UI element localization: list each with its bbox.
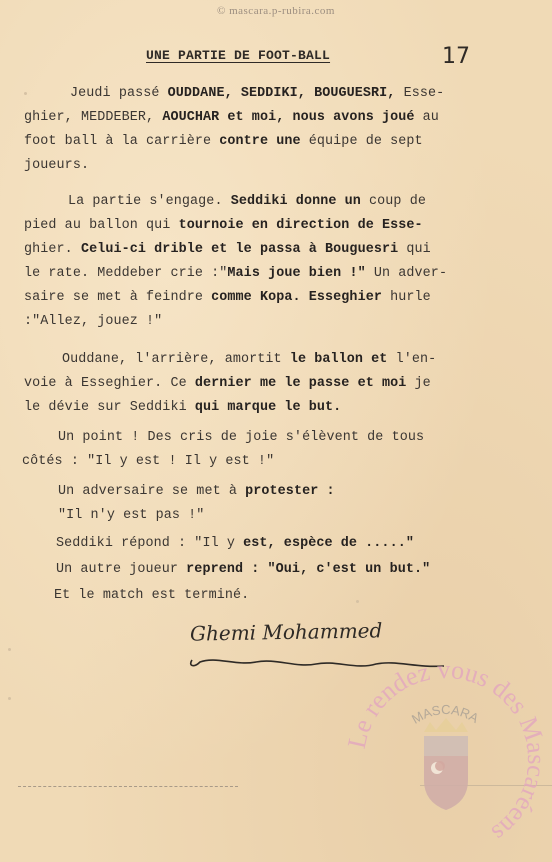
text-segment: Celui-ci drible et le passa à Bouguesri [81, 242, 398, 257]
text-segment: Jeudi passé [70, 86, 168, 101]
text-segment: est, espèce de ....." [243, 536, 414, 551]
text-line: ghier. Celui-ci drible et le passa à Bou… [24, 242, 431, 257]
text-line: côtés : "Il y est ! Il y est !" [22, 454, 274, 469]
text-line: Ouddane, l'arrière, amortit le ballon et… [62, 352, 436, 367]
text-line: voie à Esseghier. Ce dernier me le passe… [24, 376, 431, 391]
mascara-stamp-icon: Le rendez vous des Mascaréens MASCARA [340, 660, 552, 860]
text-segment: coup de [361, 194, 426, 209]
text-segment: qui marque le but. [195, 400, 341, 415]
text-segment: Un autre joueur [56, 562, 186, 577]
text-segment: Esse- [395, 86, 444, 101]
text-segment: le ballon et [290, 352, 388, 367]
text-segment: l'en- [387, 352, 436, 367]
margin-mark [356, 600, 359, 603]
text-segment: je [406, 376, 430, 391]
text-line: Et le match est terminé. [54, 588, 249, 603]
text-segment: La partie s'engage. [68, 194, 231, 209]
text-line: le rate. Meddeber crie :"Mais joue bien … [24, 266, 447, 281]
text-segment: le dévie sur Seddiki [24, 400, 195, 415]
text-line: pied au ballon qui tournoie en direction… [24, 218, 423, 233]
text-segment: Un point ! Des cris de joie s'élèvent de… [58, 430, 424, 445]
scanned-page: © mascara.p-rubira.com UNE PARTIE DE FOO… [0, 0, 552, 862]
text-segment: ghier. [24, 242, 81, 257]
text-segment: Seddiki donne un [231, 194, 361, 209]
text-line: Seddiki répond : "Il y est, espèce de ..… [56, 536, 414, 551]
margin-mark [8, 697, 11, 700]
text-segment: Mais joue bien !" [227, 266, 365, 281]
margin-mark [8, 648, 11, 651]
copyright-watermark: © mascara.p-rubira.com [0, 5, 552, 17]
text-segment: :"Allez, jouez !" [24, 314, 162, 329]
fold-line [18, 786, 238, 787]
handwritten-signature: Ghemi Mohammed [190, 618, 383, 645]
text-segment: tournoie en direction de Esse- [179, 218, 423, 233]
text-line: ghier, MEDDEBER, AOUCHAR et moi, nous av… [24, 110, 439, 125]
text-segment: reprend : "Oui, c'est un but." [186, 562, 430, 577]
text-segment: protester : [245, 484, 335, 499]
text-line: le dévie sur Seddiki qui marque le but. [24, 400, 341, 415]
text-line: Jeudi passé OUDDANE, SEDDIKI, BOUGUESRI,… [70, 86, 444, 101]
text-segment: Un adversaire se met à [58, 484, 245, 499]
text-segment: joueurs. [24, 158, 89, 173]
text-segment: Seddiki répond : "Il y [56, 536, 243, 551]
text-segment: contre une [219, 134, 300, 149]
page-number: 17 [442, 44, 470, 69]
text-line: Un point ! Des cris de joie s'élèvent de… [58, 430, 424, 445]
text-segment: AOUCHAR et moi, nous avons joué [162, 110, 414, 125]
text-segment: équipe de sept [301, 134, 423, 149]
document-title: UNE PARTIE DE FOOT-BALL [146, 48, 330, 63]
text-line: Un autre joueur reprend : "Oui, c'est un… [56, 562, 430, 577]
text-segment: Et le match est terminé. [54, 588, 249, 603]
text-segment: qui [398, 242, 431, 257]
text-segment: "Il n'y est pas !" [58, 508, 204, 523]
text-line: "Il n'y est pas !" [58, 508, 204, 523]
text-segment: saire se met à feindre [24, 290, 211, 305]
text-segment: OUDDANE, SEDDIKI, BOUGUESRI, [168, 86, 396, 101]
text-segment: Ouddane, l'arrière, amortit [62, 352, 290, 367]
text-line: foot ball à la carrière contre une équip… [24, 134, 423, 149]
text-line: saire se met à feindre comme Kopa. Esseg… [24, 290, 431, 305]
text-segment: pied au ballon qui [24, 218, 179, 233]
text-segment: comme Kopa. Esseghier [211, 290, 382, 305]
text-segment: côtés : "Il y est ! Il y est !" [22, 454, 274, 469]
text-segment: voie à Esseghier. Ce [24, 376, 195, 391]
text-line: :"Allez, jouez !" [24, 314, 162, 329]
text-segment: le rate. Meddeber crie :" [24, 266, 227, 281]
text-line: joueurs. [24, 158, 89, 173]
text-segment: au [415, 110, 439, 125]
text-line: Un adversaire se met à protester : [58, 484, 335, 499]
text-segment: hurle [382, 290, 431, 305]
text-segment: foot ball à la carrière [24, 134, 219, 149]
margin-mark [24, 92, 27, 95]
text-segment: dernier me le passe et moi [195, 376, 407, 391]
text-segment: ghier, MEDDEBER, [24, 110, 162, 125]
text-segment: Un adver- [366, 266, 447, 281]
text-line: La partie s'engage. Seddiki donne un cou… [68, 194, 426, 209]
